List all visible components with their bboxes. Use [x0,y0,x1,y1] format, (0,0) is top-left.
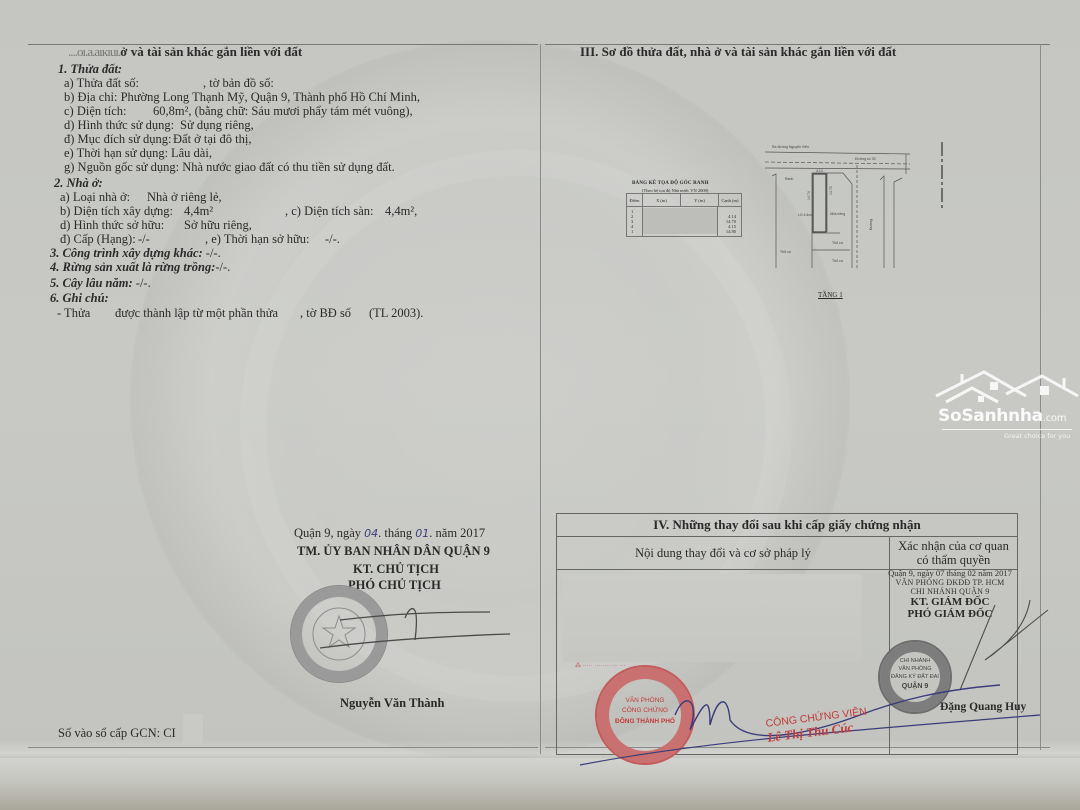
house-ownership-value: Sở hữu riêng, [184,218,252,233]
plan-lot-label: Thổ cư [832,241,844,245]
land-purpose-label: đ) Mục đích sử dụng: [64,132,171,147]
land-area-label: c) Diện tích: [64,104,126,119]
notes-part2: được thành lập từ một phần thửa [115,306,278,321]
land-title: 1. Thửa đất: [58,62,122,77]
plan-road-label: Đường [869,219,873,230]
authority-office: VĂN PHÒNG ĐKĐĐ TP. HCM [880,578,1020,587]
land-use-form-label: d) Hình thức sử dụng: [64,118,174,133]
house-term-value: -/-. [325,232,340,247]
center-fold-line [540,44,541,754]
house-grade-value: -/- [138,232,150,247]
parcel-plan-diagram: Ra đường Nguyễn Xiển Đường số 33 Ranh 4.… [760,140,920,270]
land-use-form-value: Sử dụng riêng, [180,118,254,133]
house-ownership-label: d) Hình thức sở hữu: [60,218,164,233]
col-change-content: Nội dung thay đổi và cơ sở pháp lý [557,537,890,569]
notes-part4: (TL 2003). [369,306,423,321]
signing-day: 04 [364,527,378,540]
house-build-area-value: 4,4m² [184,204,213,219]
signing-year: năm 2017 [436,526,486,540]
house-title: 2. Nhà ở: [54,176,103,191]
perennial-trees: 5. Cây lâu năm: -/-. [50,276,151,291]
coord-divider [642,207,643,236]
land-parcel-number: a) Thửa đất số: [64,76,139,91]
planted-forest: 4. Rừng sản xuất là rừng trồng:-/-. [50,260,230,275]
plan-dim-right: 14.70 [829,186,833,195]
house-roof-icon [934,368,1080,408]
signing-date: Quận 9, ngày 04. tháng 01. năm 2017 [294,526,485,541]
planted-forest-label: 4. Rừng sản xuất là rừng trồng: [50,260,215,274]
coord-redaction [643,208,717,234]
col2-line2: có thẩm quyền [890,553,1017,567]
notes-part1: - Thửa [57,306,90,321]
land-term-label: e) Thời hạn sử dụng: [64,146,168,161]
section-iv-header: IV. Những thay đổi sau khi cấp giấy chứn… [557,514,1017,537]
coord-edge: 14.80 [726,229,736,234]
house-build-area-label: b) Diện tích xây dựng: [60,204,173,219]
plan-dim-top: 4.14 [816,169,823,173]
house-term-label: , e) Thời hạn sở hữu: [205,232,309,247]
notes-part3: , tờ BĐ số [300,306,351,321]
house-type-value: Nhà ở riêng lẻ, [147,190,222,205]
plan-dim-left: 14.74 [807,191,811,200]
section-iii-header: III. Sơ đồ thửa đất, nhà ở và tài sản kh… [580,44,896,59]
coord-table-body: 1 2 3 4 1 4.14 14.70 4.15 14.80 [627,207,741,236]
signer-name: Nguyễn Văn Thành [340,696,444,711]
house-type-label: a) Loại nhà ở: [60,190,130,205]
plan-road-side-label: Đường số 33 [855,157,876,161]
signing-date-prefix: Quận 9, ngày [294,526,361,540]
col2-line1: Xác nhận của cơ quan [890,539,1017,553]
house-floor-area-label: , c) Diện tích sàn: [285,204,374,219]
brand-text: SoSanhnha [938,406,1043,426]
floor-caption: TẦNG 1 [818,288,843,303]
plan-house-label: Nhà riêng [830,212,845,216]
coord-col-edge: Cạnh (m) [719,194,741,206]
col-authority-confirmation: Xác nhận của cơ quan có thẩm quyền [890,537,1017,569]
brand-suffix: .com [1043,413,1066,424]
brand-tagline: Great choice for you [1004,432,1070,440]
section-ii-header-text: ở và tài sản khác gắn liền với đất [120,44,302,59]
land-origin: g) Nguồn gốc sử dụng: Nhà nước giao đất … [64,160,395,175]
land-purpose-value: Đất ở tại đô thị, [173,132,251,147]
house-floor-area-value: 4,4m², [385,204,417,219]
other-construction-value: -/-. [203,246,221,260]
planted-forest-value: -/-. [215,260,230,274]
land-address: b) Địa chỉ: Phường Long Thạnh Mỹ, Quận 9… [64,90,420,105]
registry-number: Số vào sổ cấp GCN: CI [58,726,176,741]
plan-lot-label: Thổ cư [832,259,844,263]
plan-boundary-label: Ranh [785,177,793,181]
house-grade-label: đ) Cấp (Hạng): [60,232,136,247]
signing-role1: KT. CHỦ TỊCH [353,562,439,577]
plan-road-top-label: Ra đường Nguyễn Xiển [772,144,809,149]
coord-table: Điểm X (m) Y (m) Cạnh (m) 1 2 3 4 1 4.14… [626,193,742,237]
land-area-value: 60,8m², (bằng chữ: Sáu mươi phẩy tám mét… [153,104,413,119]
north-arrow-icon [938,142,946,212]
section-ii-header: ....oı.a.aıĸıuı.ở và tài sản khác gắn li… [68,44,302,59]
plan-lg-label: LG 4.4m² [798,213,813,217]
other-construction-label: 3. Công trình xây dựng khác: [50,246,203,260]
perennial-trees-value: -/-. [133,276,151,290]
signing-month: 01 [415,527,429,540]
signing-month-label: tháng [384,526,412,540]
header-faded-text: ....oı.a.aıĸıuı. [68,44,120,59]
other-construction: 3. Công trình xây dựng khác: -/-. [50,246,221,261]
coord-table-head: Điểm X (m) Y (m) Cạnh (m) [627,194,741,207]
notes-title: 6. Ghi chú: [50,291,109,306]
coord-divider [717,207,718,236]
perennial-trees-label: 5. Cây lâu năm: [50,276,133,290]
brand-rule [942,429,1072,430]
coord-col-y: Y (m) [681,194,719,206]
plan-lot-label: Thổ cư [780,250,792,254]
land-map-sheet: , tờ bản đồ số: [203,76,274,91]
coord-col-point: Điểm [627,194,643,206]
authority-date: Quận 9, ngày 07 tháng 02 năm 2017 [880,568,1020,578]
faded-stamp-text: ⁂ ····· ········ ··· ··· [575,662,626,669]
brand-name: SoSanhnha.com [938,406,1066,426]
coord-point: 1 [631,229,633,234]
redaction-block [183,714,203,744]
land-term-value: Lâu dài, [171,146,212,161]
chairman-signature [300,600,520,660]
change-content-redaction [563,574,861,662]
coord-col-x: X (m) [643,194,681,206]
signing-org: TM. ỦY BAN NHÂN DÂN QUẬN 9 [297,544,490,559]
section-iv-column-headers: Nội dung thay đổi và cơ sở pháp lý Xác n… [557,537,1017,570]
